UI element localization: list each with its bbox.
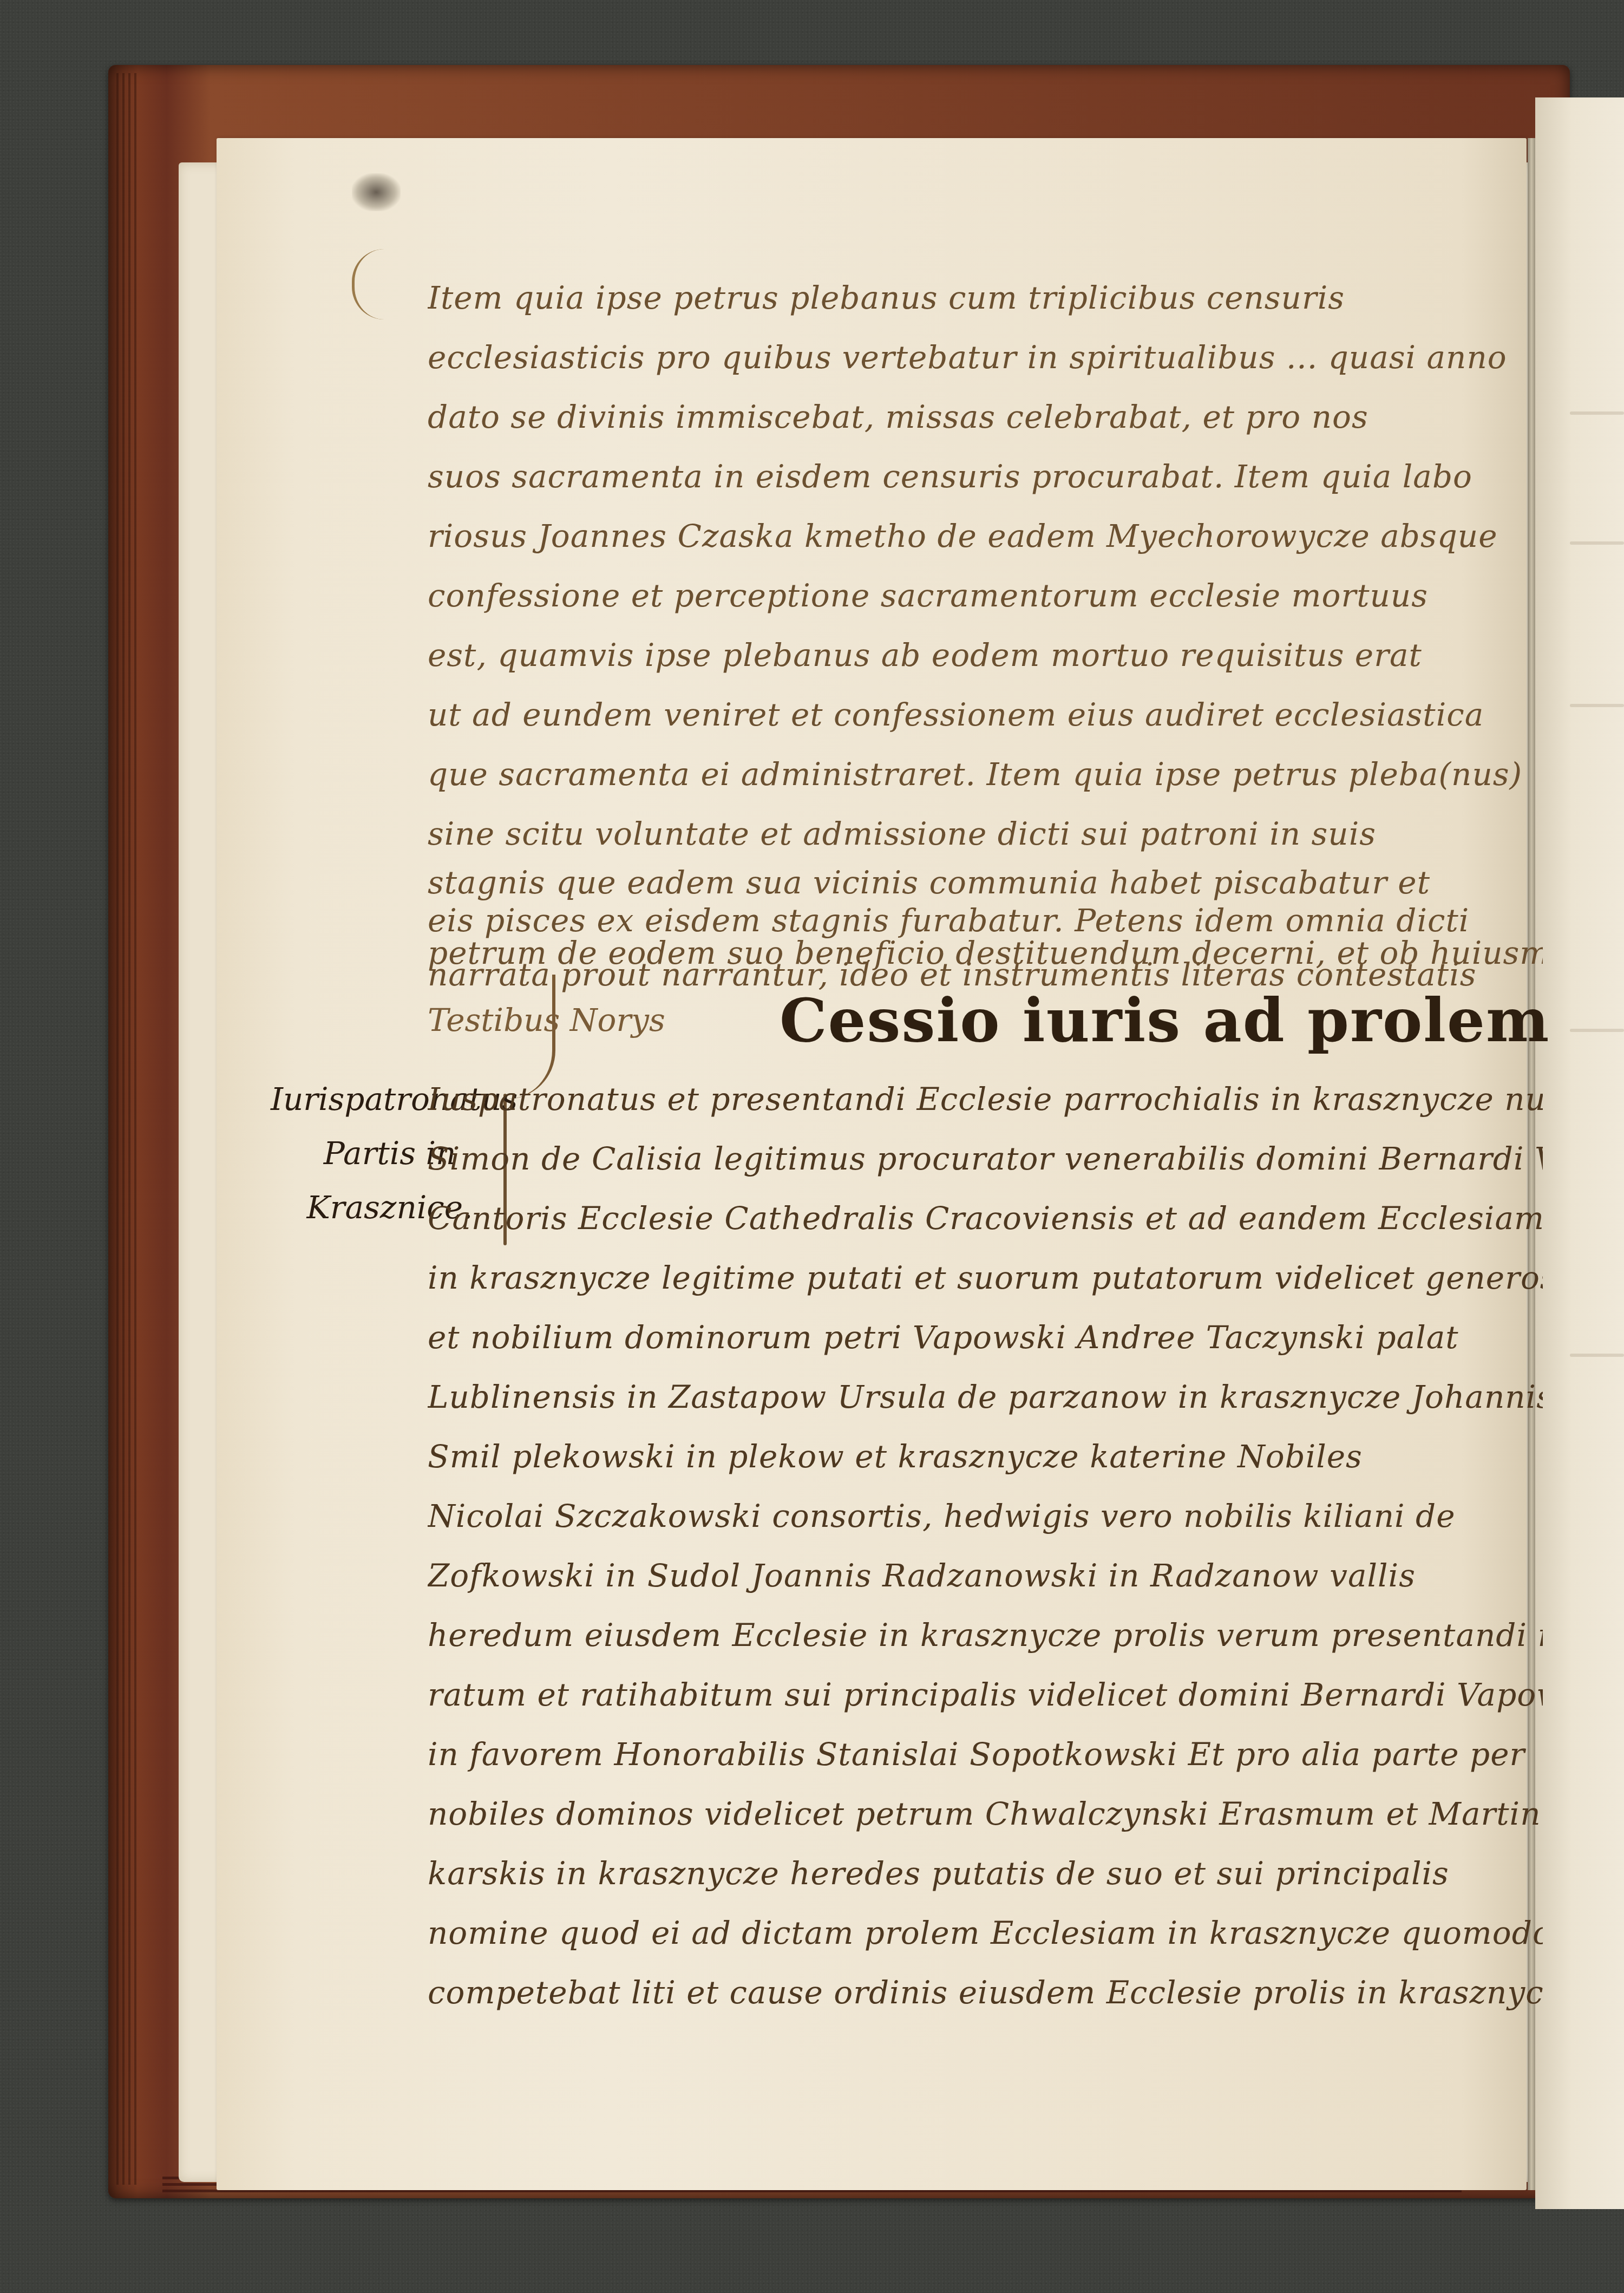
section-heading: Cessio iuris ad prolem in krasnicz [780, 985, 1548, 1056]
text-line: confessione et perceptione sacramentorum… [428, 574, 1543, 617]
text-line: Cantoris Ecclesie Cathedralis Cracoviens… [428, 1197, 1543, 1240]
text-line: nobiles dominos videlicet petrum Chwalcz… [428, 1792, 1543, 1835]
text-line: competebat liti et cause ordinis eiusdem… [428, 1971, 1543, 2014]
text-line: Simon de Calisia legitimus procurator ve… [428, 1137, 1543, 1180]
text-line: in favorem Honorabilis Stanislai Sopotko… [428, 1733, 1543, 1776]
manuscript-text: Item quia ipse petrus plebanus cum tripl… [0, 0, 1624, 2293]
text-line: karskis in krasznycze heredes putatis de… [428, 1852, 1543, 1895]
text-line: dato se divinis immiscebat, missas celeb… [428, 395, 1543, 439]
text-line: sine scitu voluntate et admissione dicti… [428, 812, 1543, 855]
text-line: suos sacramenta in eisdem censuris procu… [428, 455, 1543, 498]
text-line: heredum eiusdem Ecclesie in krasznycze p… [428, 1613, 1543, 1657]
text-line: nomine quod ei ad dictam prolem Ecclesia… [428, 1911, 1543, 1955]
text-line: Item quia ipse petrus plebanus cum tripl… [428, 276, 1543, 319]
text-line: in krasznycze legitime putati et suorum … [428, 1256, 1543, 1299]
text-line: stagnis que eadem sua vicinis communia h… [428, 861, 1543, 904]
text-line: Smil plekowski in plekow et krasznycze k… [428, 1435, 1543, 1478]
text-line: ecclesiasticis pro quibus vertebatur in … [428, 336, 1543, 379]
heading-prefix: Testibus Norys [428, 1002, 763, 1038]
text-line: riosus Joannes Czaska kmetho de eadem My… [428, 514, 1543, 558]
text-line: Zofkowski in Sudol Joannis Radzanowski i… [428, 1554, 1543, 1597]
text-line: Lublinensis in Zastapow Ursula de parzan… [428, 1375, 1543, 1419]
text-line: que sacramenta ei administraret. Item qu… [428, 753, 1543, 796]
text-line: Iuspatronatus et presentandi Ecclesie pa… [428, 1077, 1543, 1121]
text-line: et nobilium dominorum petri Vapowski And… [428, 1316, 1543, 1359]
text-line: ratum et ratihabitum sui principalis vid… [428, 1673, 1543, 1716]
text-line: est, quamvis ipse plebanus ab eodem mort… [428, 633, 1543, 677]
text-line: ut ad eundem veniret et confessionem eiu… [428, 693, 1543, 736]
text-line: Nicolai Szczakowski consortis, hedwigis … [428, 1494, 1543, 1538]
